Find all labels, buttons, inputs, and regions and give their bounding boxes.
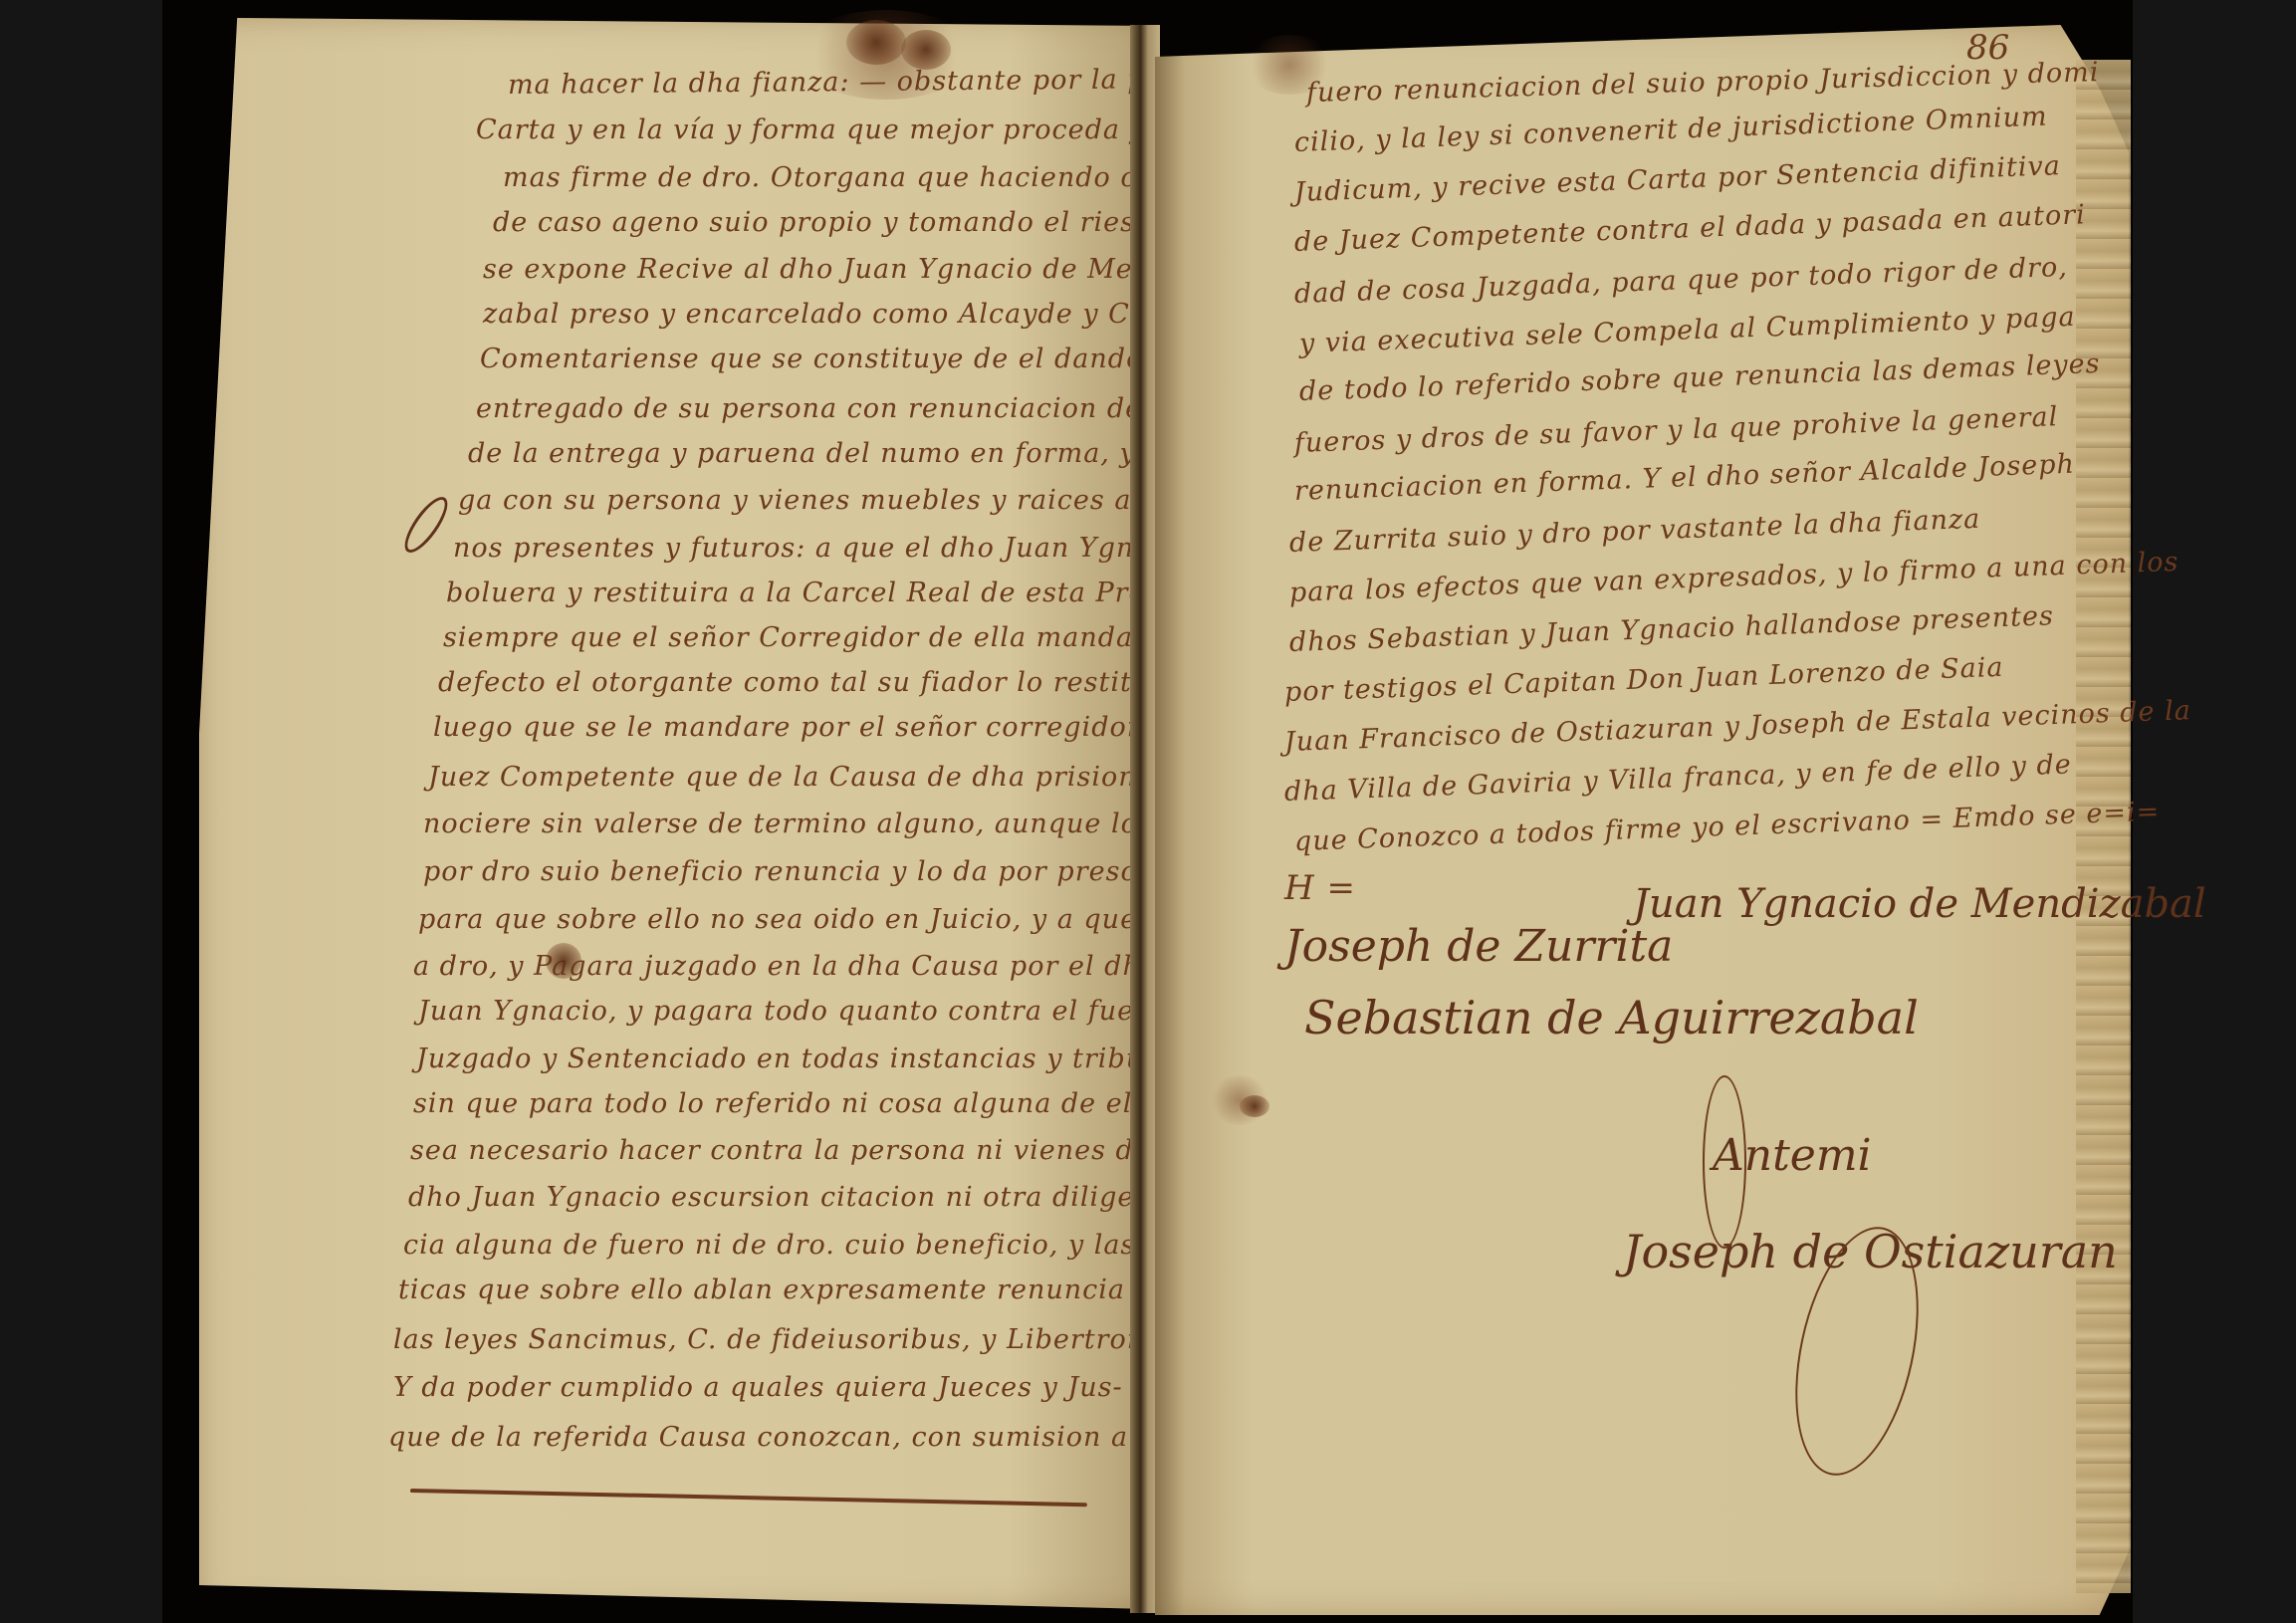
left-line-16: Juez Competente que de la Causa de dha p… [428, 762, 1195, 793]
ink-blot-margin [546, 943, 581, 979]
left-line-30: que de la referida Causa conozcan, con s… [388, 1422, 1171, 1453]
right-notation: H = [1284, 868, 1356, 908]
left-line-24: sea necesario hacer contra la persona ni… [410, 1135, 1160, 1166]
left-line-27: ticas que sobre ello ablan expresamente … [398, 1275, 1186, 1305]
signature-joseph-de-zurrita: Joseph de Zurrita [1284, 921, 1673, 972]
left-line-29: Y da poder cumplido a quales quiera Juec… [393, 1372, 1123, 1403]
left-line-21: Juan Ygnacio, y pagara todo quanto contr… [418, 996, 1165, 1027]
left-line-18: por dro suio beneficio renuncia y lo da … [423, 856, 1208, 887]
left-line-19: para que sobre ello no sea oido en Juici… [418, 904, 1238, 935]
left-line-20: a dro, y Pagara juzgado en la dha Causa … [413, 951, 1158, 982]
left-line-17: nociere sin valerse de termino alguno, a… [423, 809, 1236, 839]
left-line-22: Juzgado y Sentenciado en todas instancia… [416, 1043, 1221, 1074]
left-line-13: siempre que el señor Corregidor de ella … [443, 622, 1245, 653]
left-line-11: nos presentes y futuros: a que el dho Ju… [453, 533, 1236, 564]
left-line-28: las leyes Sancimus, C. de fideiusoribus,… [393, 1324, 1180, 1355]
ink-blot-gutter [1240, 1095, 1269, 1117]
left-line-5: se expone Recive al dho Juan Ygnacio de … [483, 254, 1179, 285]
left-line-23: sin que para todo lo referido ni cosa al… [413, 1088, 1159, 1119]
ink-blot-top-2 [901, 30, 951, 70]
left-line-1: ma hacer la dha fianza: — obstante por l… [508, 64, 1227, 101]
left-line-15: luego que se le mandare por el señor cor… [433, 712, 1245, 743]
left-line-2: Carta y en la vía y forma que mejor proc… [476, 115, 1204, 145]
ink-blot-top [846, 20, 906, 65]
left-line-25: dho Juan Ygnacio escursion citacion ni o… [408, 1182, 1153, 1213]
left-line-7: Comentariense que se constituye de el da… [480, 344, 1234, 374]
signature-juan-ygnacio-de-mendizabal: Juan Ygnacio de Mendizabal [1633, 881, 2206, 927]
signature-flourish-stroke [1703, 1075, 1746, 1249]
left-line-26: cia alguna de fuero ni de dro. cuio bene… [403, 1230, 1228, 1261]
left-line-12: boluera y restituira a la Carcel Real de… [446, 578, 1233, 608]
signature-sebastian-de-aguirrezabal: Sebastian de Aguirrezabal [1304, 991, 1919, 1044]
